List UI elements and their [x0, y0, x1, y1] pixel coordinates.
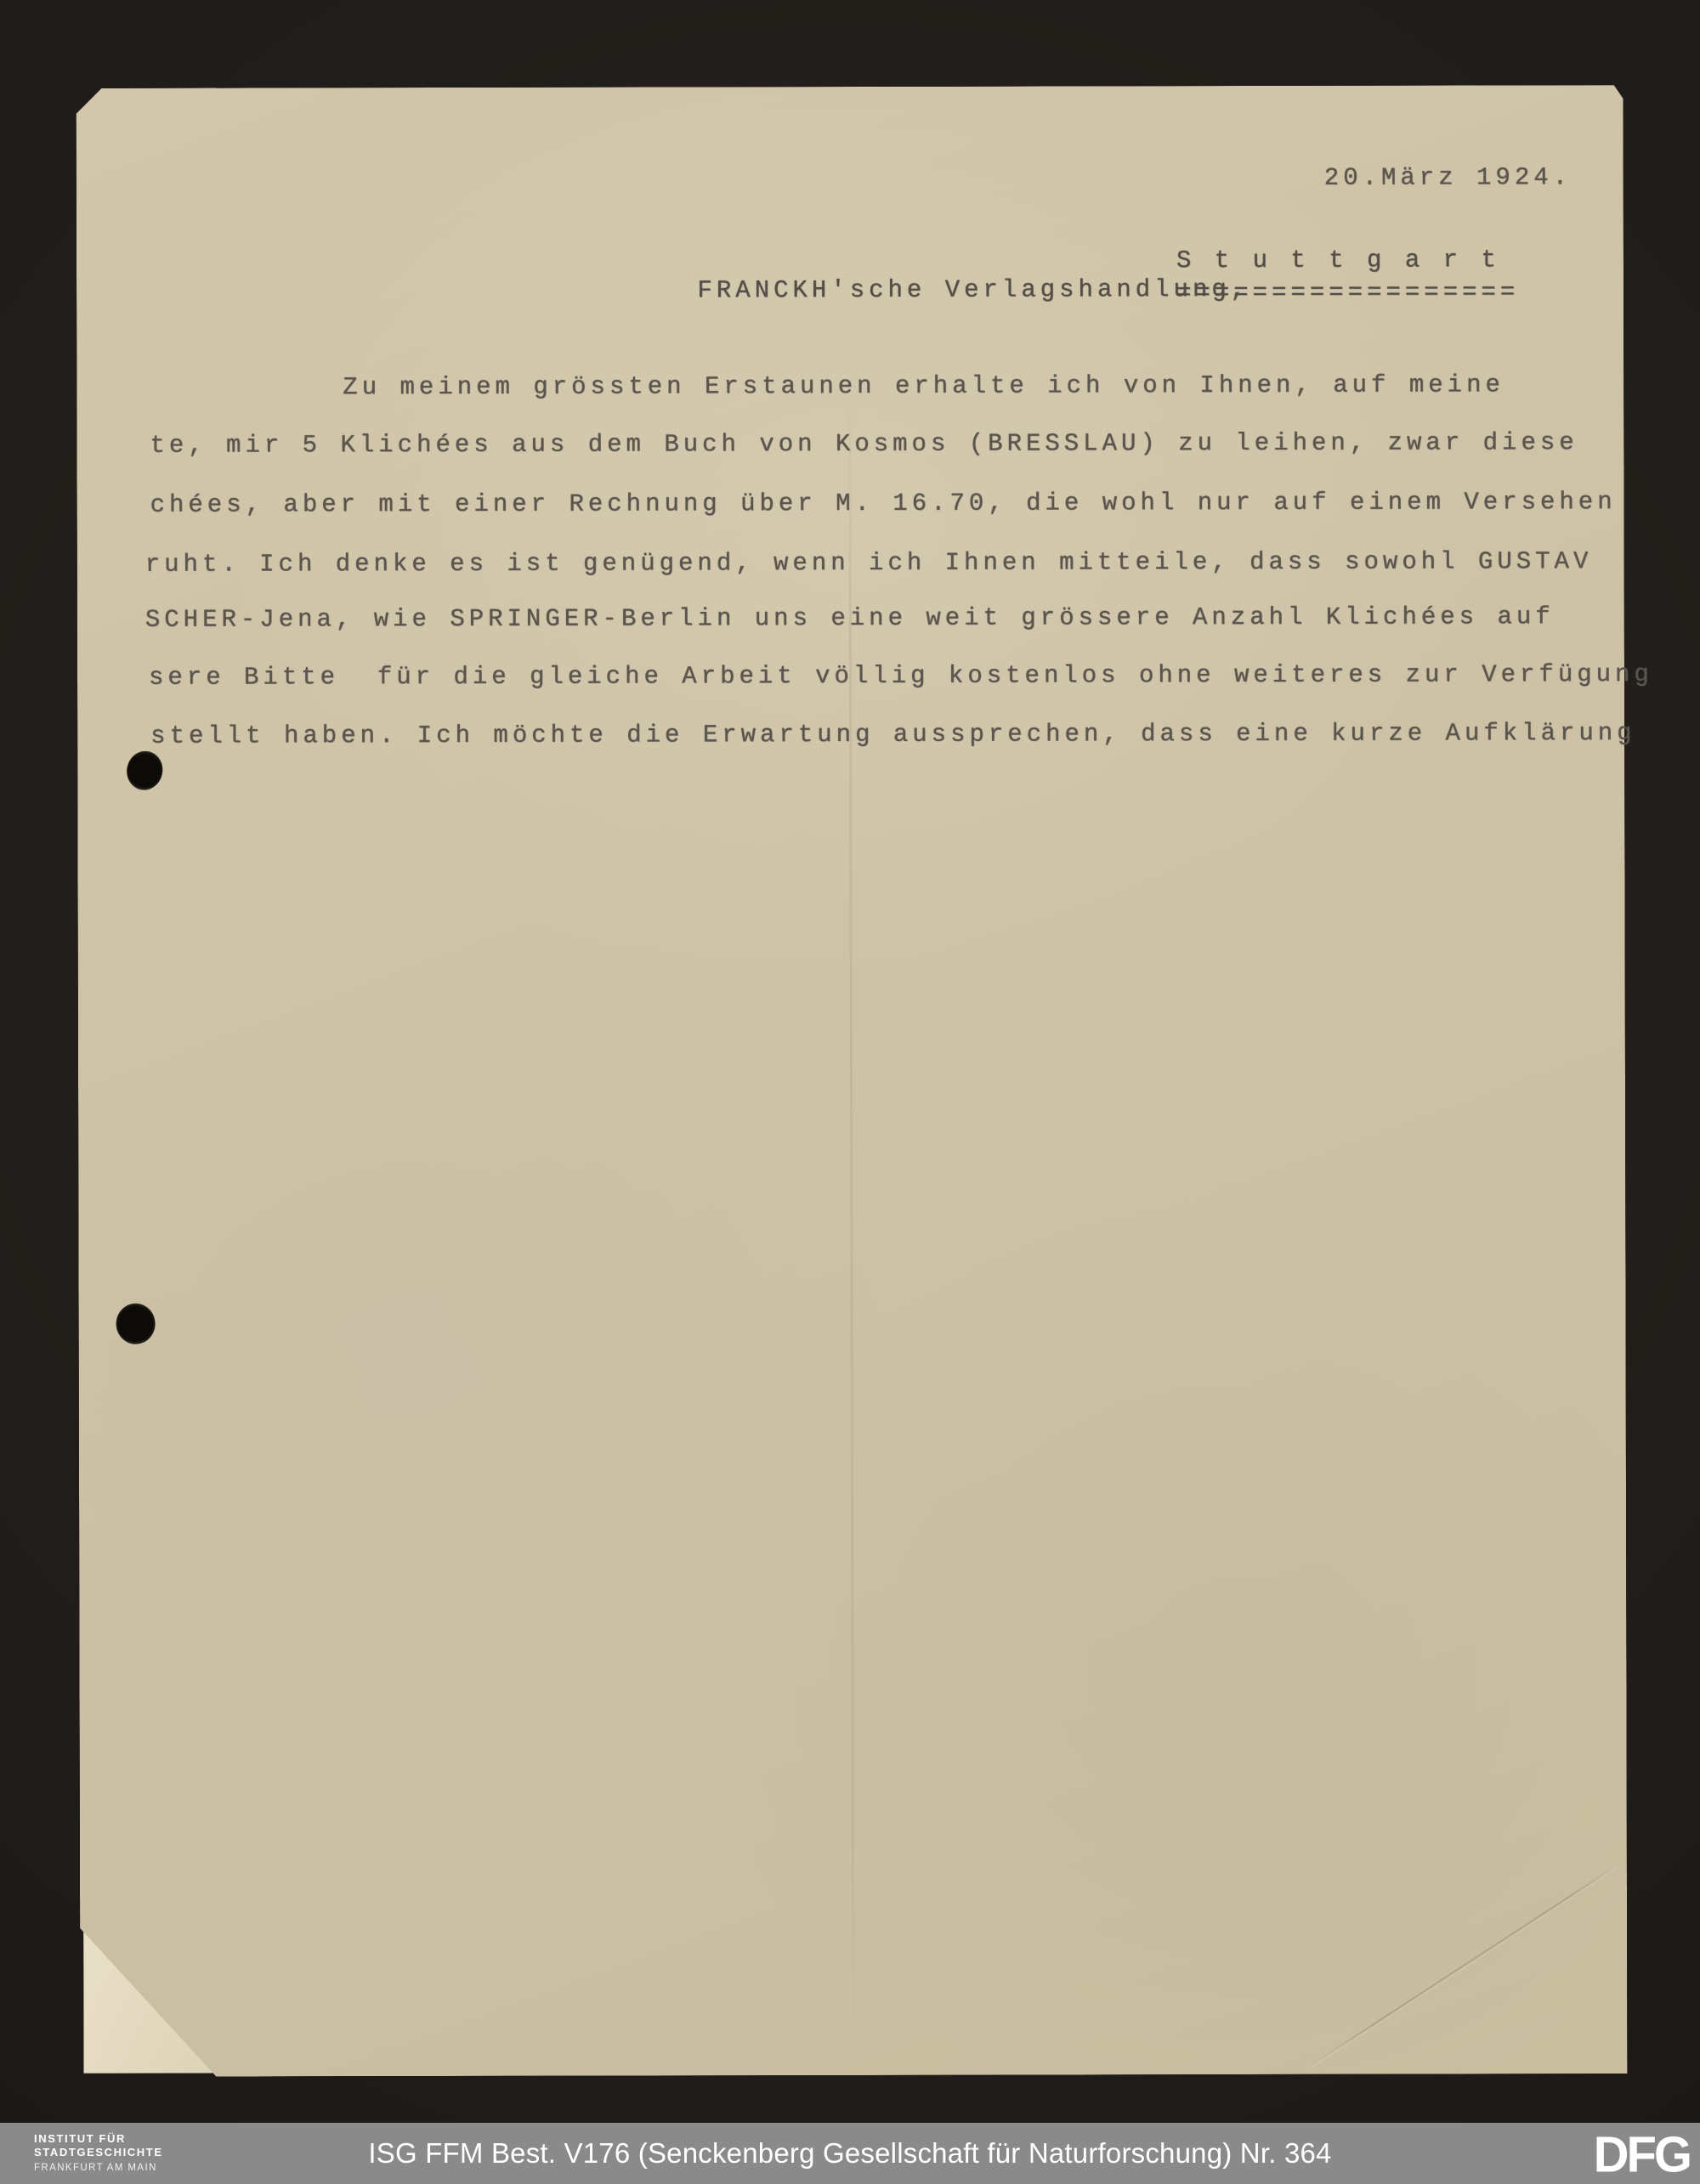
paper-crease-corner	[1310, 1865, 1617, 2067]
scan-background: 20.März 1924. FRANCKH'sche Verlagshandlu…	[0, 0, 1700, 2184]
archive-reference: ISG FFM Best. V176 (Senckenberg Gesellsc…	[0, 2137, 1700, 2170]
letter-body-line: chées, aber mit einer Rechnung über M. 1…	[150, 488, 1617, 520]
letter-city-underline: ==================	[1176, 278, 1519, 308]
letter-body-line: SCHER-Jena, wie SPRINGER-Berlin uns eine…	[145, 603, 1555, 634]
letter-page-wrap: 20.März 1924. FRANCKH'sche Verlagshandlu…	[76, 85, 1628, 2077]
letter-body-line: ruht. Ich denke es ist genügend, wenn ic…	[145, 547, 1593, 580]
letter-recipient-city: S t u t t g a r t	[1176, 246, 1500, 275]
letter-body-line: te, mir 5 Klichées aus dem Buch von Kosm…	[150, 428, 1578, 461]
dfg-logo: DFG	[1594, 2125, 1690, 2183]
letter-body-line: stellt haben. Ich möchte die Erwartung a…	[150, 719, 1635, 751]
letter-body-line: sere Bitte für die gleiche Arbeit völlig…	[149, 660, 1653, 693]
letter-body-line: Zu meinem grössten Erstaunen erhalte ich…	[343, 371, 1504, 402]
footer-bar: INSTITUT FÜR STADTGESCHICHTE FRANKFURT A…	[0, 2123, 1700, 2184]
letter-recipient: FRANCKH'sche Verlagshandlung, S t u t t …	[583, 246, 1249, 364]
letter-date: 20.März 1924.	[1324, 163, 1572, 193]
punch-hole	[116, 1304, 156, 1344]
recipient-name: FRANCKH'sche Verlagshandlung,	[697, 275, 1249, 304]
